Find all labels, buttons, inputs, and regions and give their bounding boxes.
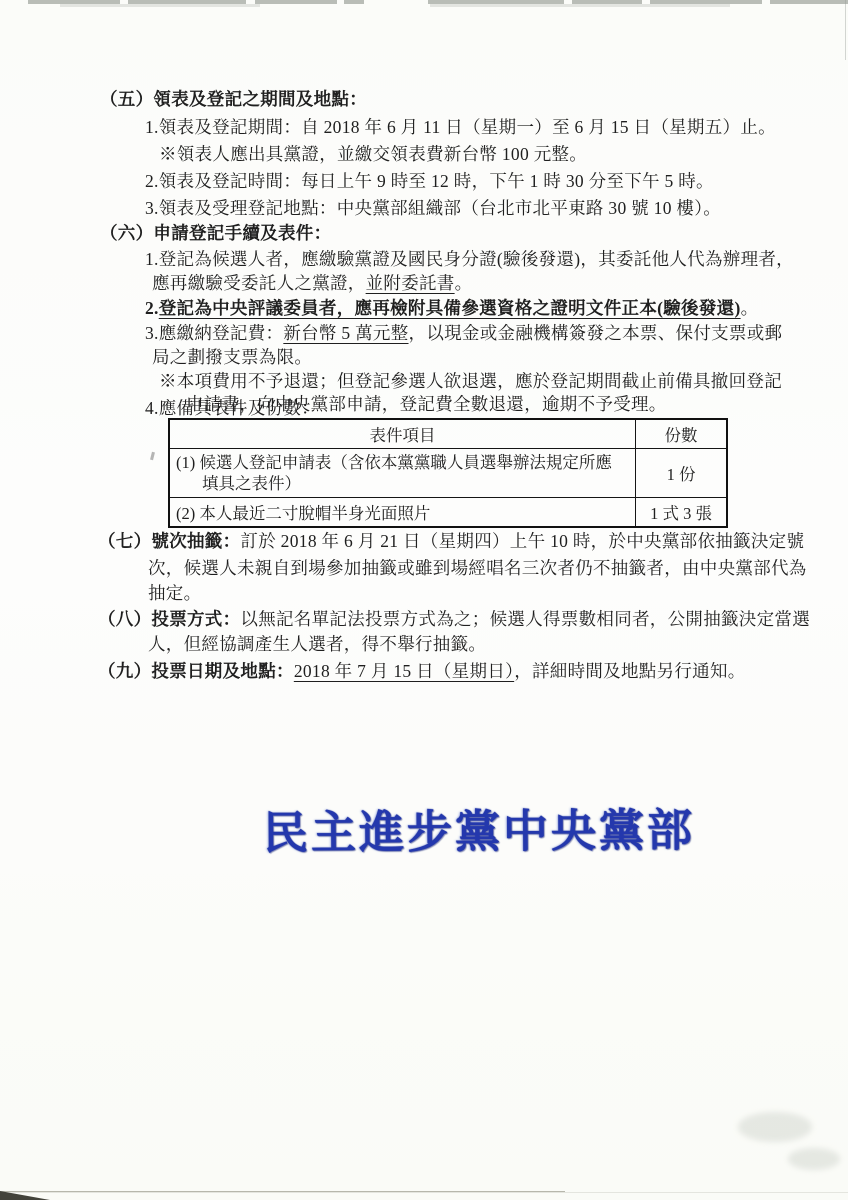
- row1-count: 1 份: [636, 449, 728, 498]
- party-hq-stamp: 民主進步黨中央黨部: [263, 793, 695, 861]
- table-row: (2) 本人最近二寸脫帽半身光面照片 1 式 3 張: [169, 498, 727, 528]
- section-9-title: 投票日期及地點：: [151, 661, 293, 681]
- scanned-document-page: （五）領表及登記之期間及地點： 1.領表及登記期間：自 2018 年 6 月 1…: [0, 0, 848, 1200]
- section-6-item-4: 4.應備具表件及份數：: [145, 397, 319, 419]
- scan-artifact-right-edge: [845, 0, 846, 60]
- section-5-title: 領表及登記之期間及地點：: [153, 89, 367, 109]
- required-documents-table: 表件項目 份數 (1) 候選人登記申請表（含依本黨黨職人員選舉辦法規定所應 填具…: [168, 418, 728, 528]
- section-7-line-2: 次，候選人未親自到場參加抽籤或雖到場經唱名三次者仍不抽籤者，由中央黨部代為: [148, 557, 807, 579]
- section-6-heading: （六）申請登記手續及表件：: [100, 222, 331, 244]
- section-8-line-2: 人，但經協調產生人選者，得不舉行抽籤。: [148, 633, 486, 655]
- scan-smudge: [788, 1148, 840, 1170]
- section-5-note: ※領表人應出具黨證，並繳交領表費新台幣 100 元整。: [159, 143, 587, 165]
- scan-artifact-bottom-line-faint: [0, 1192, 848, 1193]
- section-6-item-1-line-2: 應再繳驗受委託人之黨證，並附委託書。: [152, 272, 472, 294]
- scan-speck: [150, 452, 155, 460]
- underlined-attach-letter: 並附委託書: [366, 273, 455, 293]
- section-7-label: （七）: [98, 531, 151, 551]
- section-7-title: 號次抽籤：: [151, 531, 240, 551]
- underlined-vote-date: 2018 年 7 月 15 日（星期日）: [294, 661, 514, 681]
- section-7-line-3: 抽定。: [148, 582, 201, 604]
- section-8-line-1: （八）投票方式：以無記名單記法投票方式為之；候選人得票數相同者，公開抽籤決定當選: [98, 608, 810, 630]
- row2-item: (2) 本人最近二寸脫帽半身光面照片: [169, 498, 636, 528]
- section-5-item-1: 1.領表及登記期間：自 2018 年 6 月 11 日（星期一）至 6 月 15…: [145, 116, 776, 138]
- section-5-item-3: 3.領表及受理登記地點：中央黨部組織部（台北市北平東路 30 號 10 樓）。: [145, 197, 721, 219]
- section-6-label: （六）: [100, 223, 153, 243]
- section-9-label: （九）: [98, 661, 151, 681]
- table-header-row: 表件項目 份數: [169, 419, 727, 449]
- row2-count: 1 式 3 張: [636, 498, 728, 528]
- section-6-note-line-1: ※本項費用不予退還；但登記參選人欲退選，應於登記期間截止前備具撤回登記: [159, 370, 782, 392]
- section-6-title: 申請登記手續及表件：: [153, 223, 331, 243]
- section-6-item-1-line-1: 1.登記為候選人者，應繳驗黨證及國民身分證(驗後發還)，其委託他人代為辦理者，: [145, 248, 794, 270]
- scan-artifact-corner-wedge: [0, 1191, 50, 1200]
- section-9-line-1: （九）投票日期及地點：2018 年 7 月 15 日（星期日），詳細時間及地點另…: [98, 660, 746, 682]
- section-6-item-3-line-2: 局之劃撥支票為限。: [152, 346, 312, 368]
- section-8-title: 投票方式：: [151, 609, 240, 629]
- row1-item-line1: (1) 候選人登記申請表（含依本黨黨職人員選舉辦法規定所應: [176, 452, 629, 473]
- underlined-evaluation-committee-rule: 登記為中央評議委員者，應再檢附具備參選資格之證明文件正本(驗後發還): [159, 298, 741, 318]
- section-7-line-1: （七）號次抽籤：訂於 2018 年 6 月 21 日（星期四）上午 10 時，於…: [98, 530, 804, 552]
- section-5-label: （五）: [100, 89, 153, 109]
- section-6-item-3-line-1: 3.應繳納登記費：新台幣 5 萬元整，以現金或金融機構簽發之本票、保付支票或郵: [145, 322, 782, 344]
- section-5-heading: （五）領表及登記之期間及地點：: [100, 88, 367, 110]
- section-6-item-2: 2.登記為中央評議委員者，應再檢附具備參選資格之證明文件正本(驗後發還)。: [145, 297, 758, 319]
- table-row: (1) 候選人登記申請表（含依本黨黨職人員選舉辦法規定所應 填具之表件） 1 份: [169, 449, 727, 498]
- table-header-count: 份數: [636, 419, 728, 449]
- row1-item-line2: 填具之表件）: [176, 473, 629, 494]
- section-8-label: （八）: [98, 609, 151, 629]
- underlined-fee-amount: 新台幣 5 萬元整: [283, 323, 408, 343]
- table-header-item: 表件項目: [169, 419, 636, 449]
- section-5-item-2: 2.領表及登記時間：每日上午 9 時至 12 時，下午 1 時 30 分至下午 …: [145, 170, 714, 192]
- scan-smudge: [738, 1112, 812, 1142]
